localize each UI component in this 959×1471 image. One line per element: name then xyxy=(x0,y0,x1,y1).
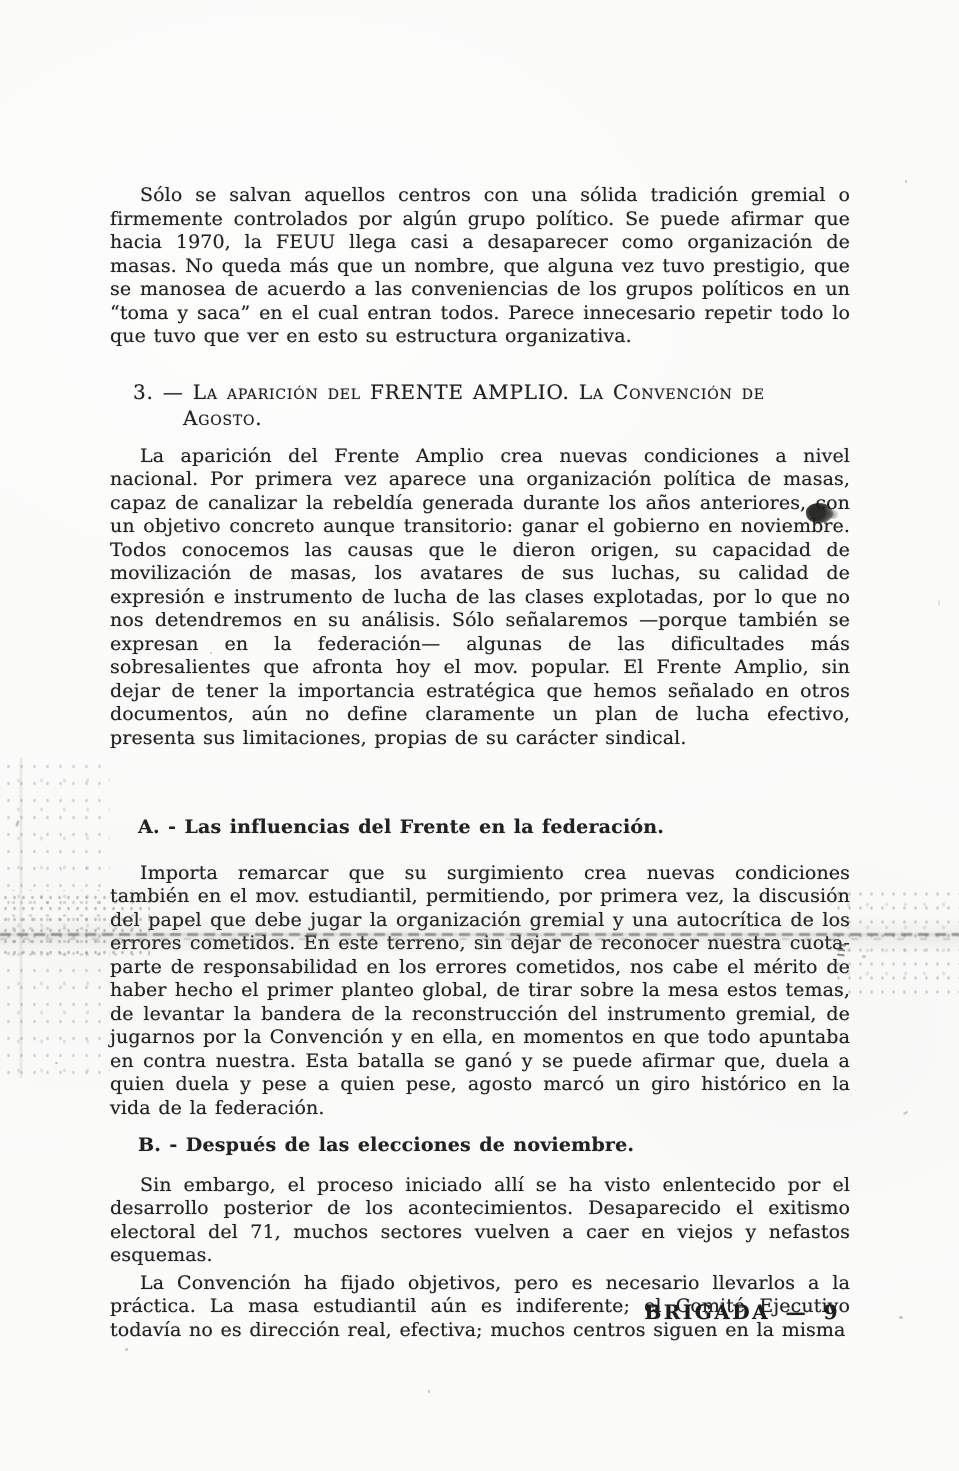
speck-artifact xyxy=(905,180,907,183)
speck-artifact xyxy=(862,955,866,958)
text-column: Sólo se salvan aquellos centros con una … xyxy=(110,0,850,1342)
paragraph-importa-remarcar: Importa remarcar que su surgimiento crea… xyxy=(110,862,850,1121)
speck-artifact xyxy=(428,1390,430,1393)
speck-artifact xyxy=(899,1316,904,1320)
paragraph-la-aparicion: La aparición del Frente Amplio crea nuev… xyxy=(110,445,850,751)
subsection-heading-b-despues: B. - Después de las elecciones de noviem… xyxy=(110,1134,850,1158)
subsection-heading-a-influencias: A. - Las influencias del Frente en la fe… xyxy=(110,816,850,840)
speck-artifact xyxy=(125,1348,128,1351)
left-margin-noise-artifact xyxy=(0,755,110,1085)
section-heading-3-frente-amplio: 3. — La aparición del FRENTE AMPLIO. La … xyxy=(110,379,850,431)
speck-artifact xyxy=(938,600,940,606)
page-footer-brigada-9: BRIGADA — 9 xyxy=(644,1300,840,1324)
paragraph-sin-embargo: Sin embargo, el proceso iniciado allí se… xyxy=(110,1174,850,1268)
speck-artifact xyxy=(55,1062,58,1064)
vertical-fold-artifact xyxy=(20,758,22,1078)
scanned-document-page: Sólo se salvan aquellos centros con una … xyxy=(0,0,959,1471)
speck-artifact xyxy=(903,1111,908,1116)
speck-artifact xyxy=(15,820,20,828)
paragraph-solo-se-salvan: Sólo se salvan aquellos centros con una … xyxy=(110,184,850,349)
